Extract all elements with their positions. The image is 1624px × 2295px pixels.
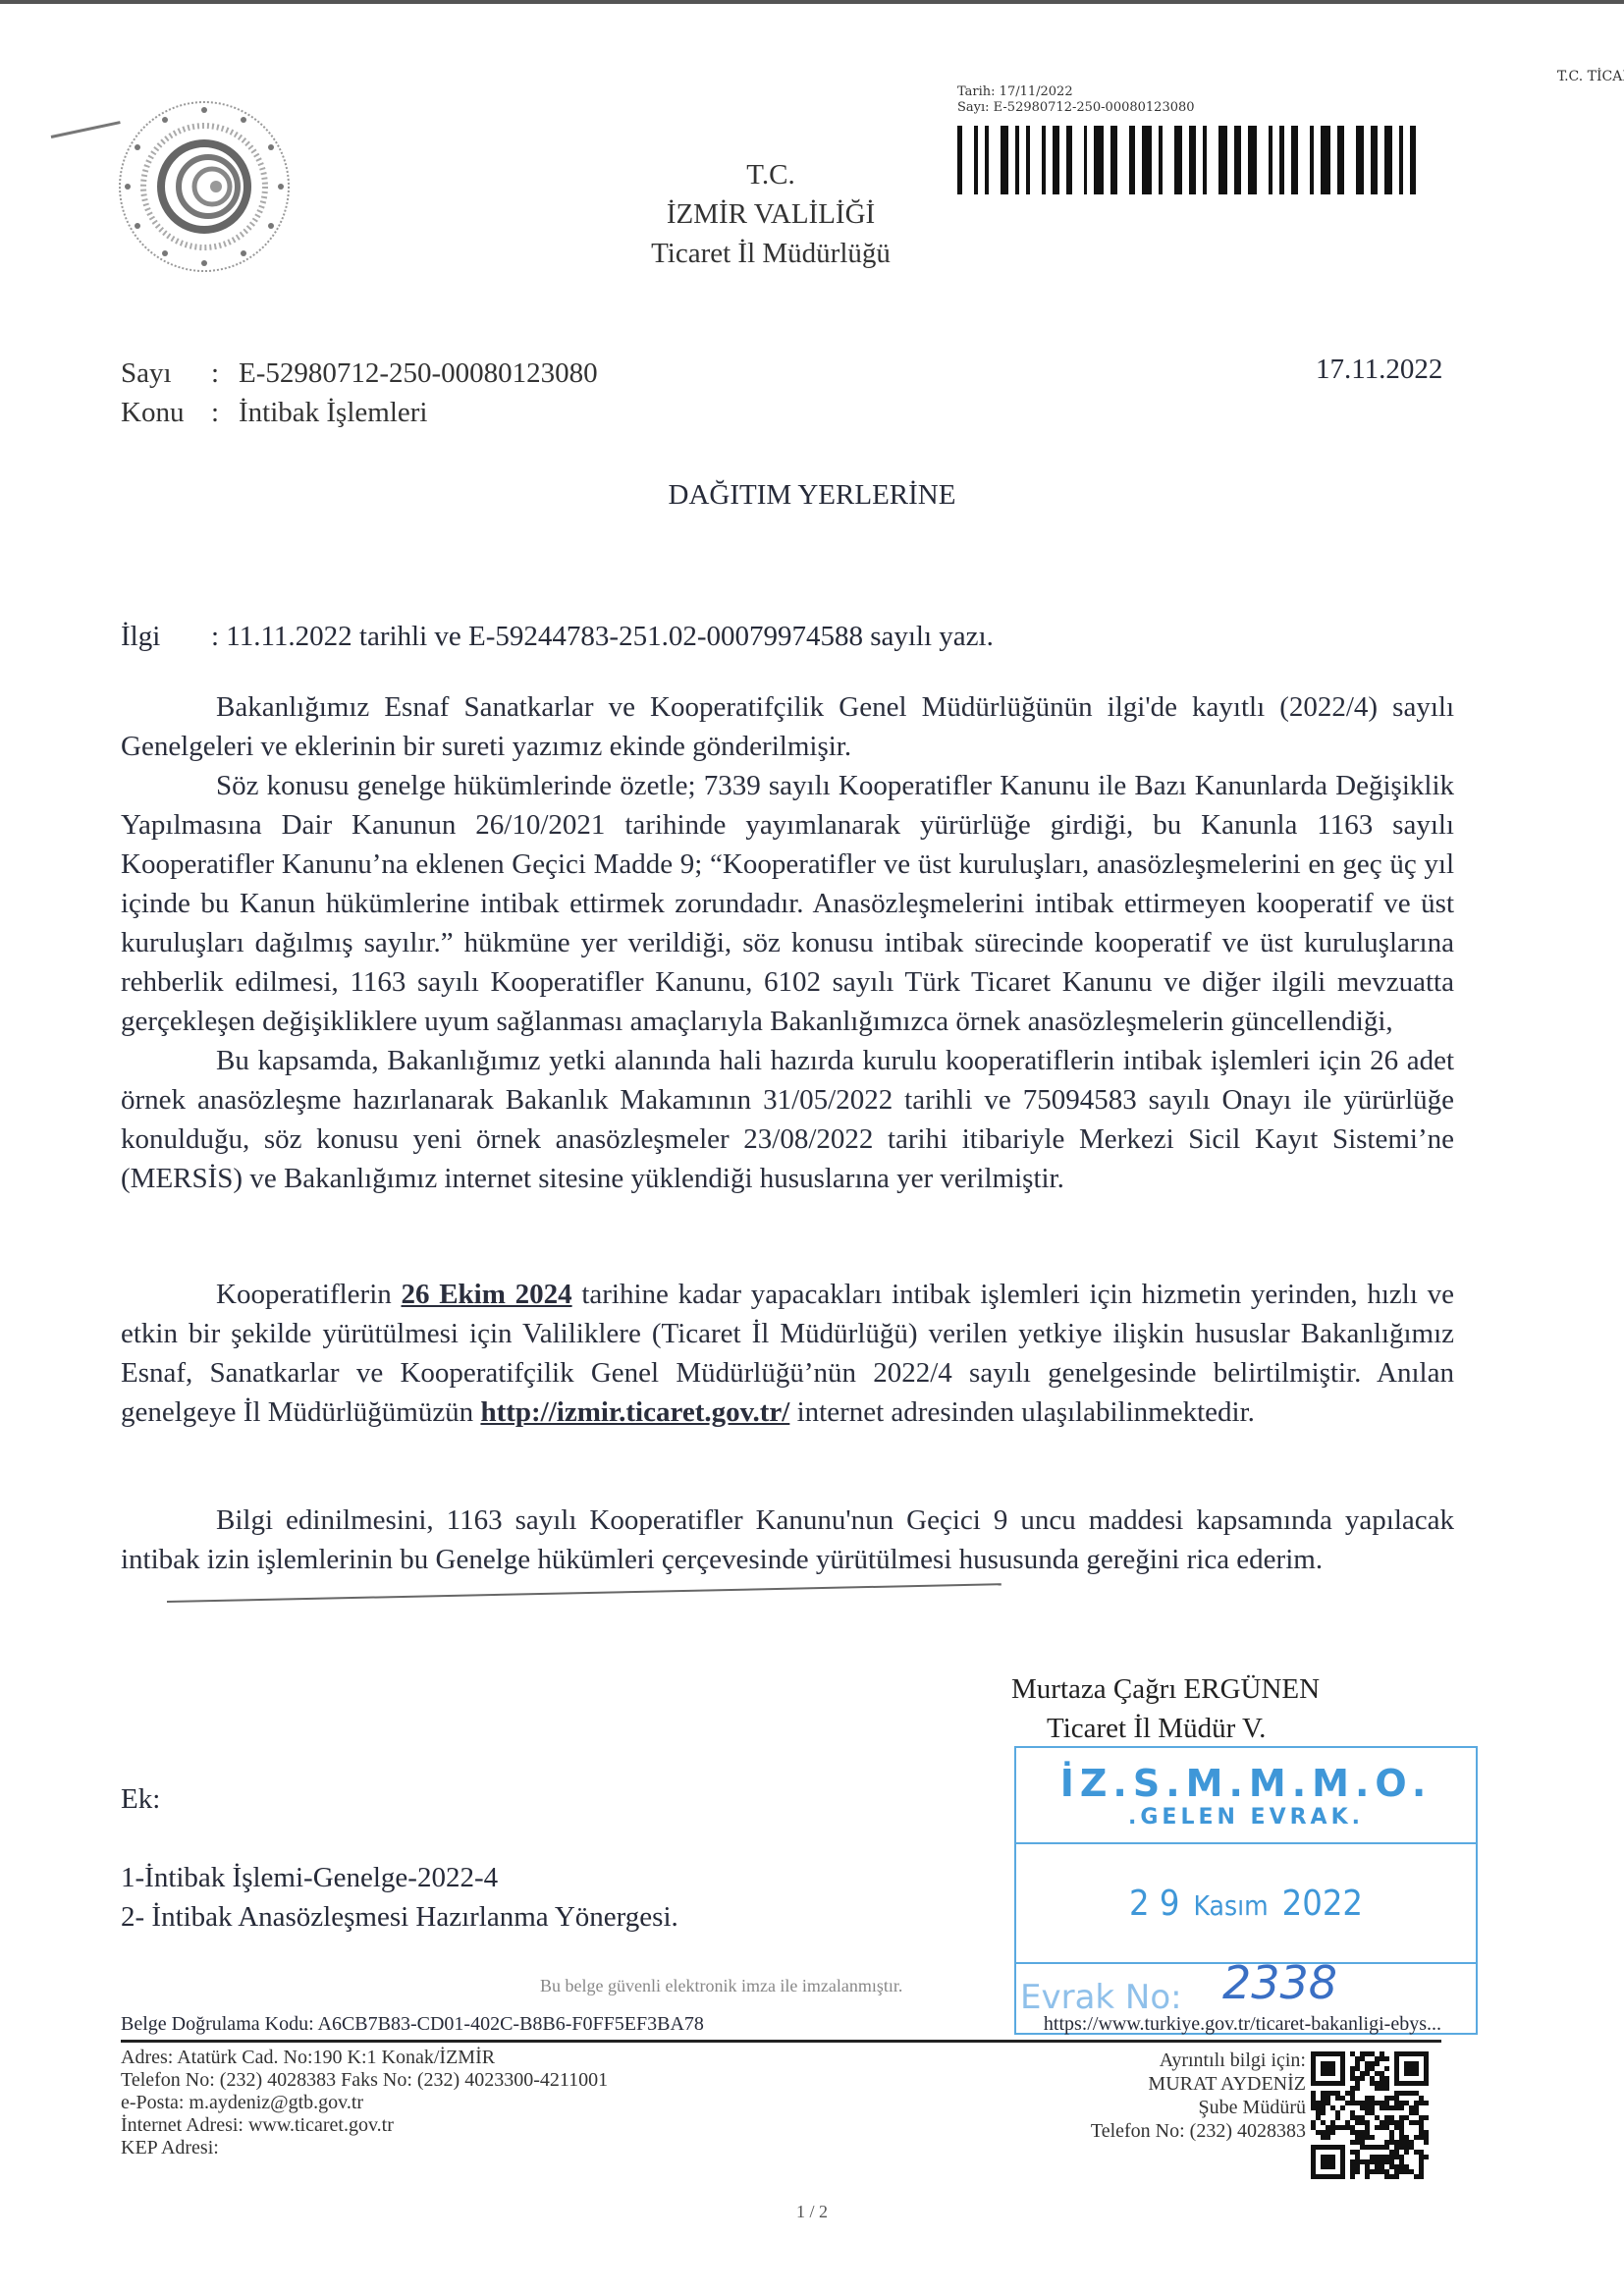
konu-row: Konu:İntibak İşlemleri bbox=[121, 393, 427, 432]
info-label: Ayrıntılı bilgi için: bbox=[1011, 2049, 1306, 2072]
page-number: 1 / 2 bbox=[0, 2202, 1624, 2222]
body-text: Bakanlığımız Esnaf Sanatkarlar ve Kooper… bbox=[121, 687, 1454, 1198]
verification-row: Belge Doğrulama Kodu: A6CB7B83-CD01-402C… bbox=[121, 2013, 1441, 2043]
website[interactable]: İnternet Adresi: www.ticaret.gov.tr bbox=[121, 2114, 608, 2137]
barcode-date: Tarih: 17/11/2022 bbox=[957, 84, 1556, 100]
pen-stroke bbox=[167, 1583, 1001, 1603]
scan-edge bbox=[0, 0, 1624, 4]
info-phone: Telefon No: (232) 4028383 bbox=[1011, 2119, 1306, 2143]
sayi-row: Sayı:E-52980712-250-00080123080 bbox=[121, 354, 598, 393]
info-role: Şube Müdürü bbox=[1011, 2096, 1306, 2119]
evrak-number: 2338 bbox=[1222, 1956, 1337, 2009]
signer-role: Ticaret İl Müdür V. bbox=[1011, 1709, 1320, 1748]
paragraph-5: Bilgi edinilmesini, 1163 sayılı Kooperat… bbox=[121, 1501, 1454, 1579]
contact-block: Adres: Atatürk Cad. No:190 K:1 Konak/İZM… bbox=[121, 2047, 608, 2159]
stamp-year: 2022 bbox=[1282, 1884, 1363, 1924]
p4-post: internet adresinden ulaşılabilinmektedir… bbox=[789, 1396, 1255, 1428]
paragraph-3: Bu kapsamda, Bakanlığımız yetki alanında… bbox=[121, 1041, 1454, 1198]
verification-code: Belge Doğrulama Kodu: A6CB7B83-CD01-402C… bbox=[121, 2013, 704, 2036]
colon: : bbox=[211, 354, 239, 393]
info-block: Ayrıntılı bilgi için: MURAT AYDENİZ Şube… bbox=[1011, 2049, 1306, 2143]
email[interactable]: e-Posta: m.aydeniz@gtb.gov.tr bbox=[121, 2092, 608, 2114]
deadline-date: 26 Ekim 2024 bbox=[401, 1279, 571, 1310]
recipient-title: DAĞITIM YERLERİNE bbox=[0, 479, 1624, 512]
attachment-item[interactable]: 1-İntibak İşlemi-Genelge-2022-4 bbox=[121, 1858, 678, 1897]
barcode-org: T.C. TİCARET BAKANLIĞI İZMİR TİCARET İL … bbox=[957, 69, 1624, 84]
colon: : bbox=[211, 393, 239, 432]
stamp-sub: .GELEN EVRAK. bbox=[1016, 1805, 1476, 1830]
ilgi-row: İlgi: 11.11.2022 tarihli ve E-59244783-2… bbox=[121, 621, 994, 653]
header-tc: T.C. bbox=[550, 157, 992, 192]
header-mudurluk: Ticaret İl Müdürlüğü bbox=[550, 236, 992, 271]
stamp-date: 2 9Kasım2022 bbox=[1129, 1884, 1363, 1924]
paragraph-4: Kooperatiflerin 26 Ekim 2024 tarihine ka… bbox=[121, 1275, 1454, 1432]
izmir-ticaret-link[interactable]: http://izmir.ticaret.gov.tr/ bbox=[480, 1396, 789, 1428]
ministry-emblem-icon bbox=[116, 98, 293, 275]
konu-value: İntibak İşlemleri bbox=[239, 397, 427, 428]
signer-name: Murtaza Çağrı ERGÜNEN bbox=[1011, 1669, 1320, 1709]
stamp-day: 2 9 bbox=[1129, 1884, 1180, 1924]
phone-fax: Telefon No: (232) 4028383 Faks No: (232)… bbox=[121, 2069, 608, 2092]
p4-pre: Kooperatiflerin bbox=[216, 1279, 401, 1310]
sayi-value: E-52980712-250-00080123080 bbox=[239, 357, 598, 389]
esignature-note: Bu belge güvenli elektronik imza ile imz… bbox=[540, 1976, 902, 1996]
attachments-label: Ek: bbox=[121, 1779, 678, 1819]
address: Adres: Atatürk Cad. No:190 K:1 Konak/İZM… bbox=[121, 2047, 608, 2069]
body-text-2: Kooperatiflerin 26 Ekim 2024 tarihine ka… bbox=[121, 1275, 1454, 1432]
evrak-label: Evrak No: bbox=[1020, 1978, 1182, 2017]
kep-address: KEP Adresi: bbox=[121, 2137, 608, 2159]
barcode-icon bbox=[957, 126, 1556, 194]
info-name: MURAT AYDENİZ bbox=[1011, 2072, 1306, 2096]
konu-label: Konu bbox=[121, 393, 211, 432]
signature-block: Murtaza Çağrı ERGÜNEN Ticaret İl Müdür V… bbox=[1011, 1669, 1320, 1748]
stamp-org: İZ.S.M.M.M.O. bbox=[1016, 1748, 1476, 1805]
barcode-block: T.C. TİCARET BAKANLIĞI İZMİR TİCARET İL … bbox=[957, 69, 1556, 194]
sayi-label: Sayı bbox=[121, 354, 211, 393]
barcode-number: Sayı: E-52980712-250-00080123080 bbox=[957, 100, 1556, 116]
body-text-3: Bilgi edinilmesini, 1163 sayılı Kooperat… bbox=[121, 1501, 1454, 1579]
document-date: 17.11.2022 bbox=[1316, 354, 1442, 386]
ilgi-label: İlgi bbox=[121, 621, 211, 653]
paragraph-1: Bakanlığımız Esnaf Sanatkarlar ve Kooper… bbox=[121, 687, 1454, 766]
attachments: Ek: 1-İntibak İşlemi-Genelge-2022-4 2- İ… bbox=[121, 1779, 678, 1937]
ilgi-value: : 11.11.2022 tarihli ve E-59244783-251.0… bbox=[211, 621, 994, 652]
qr-code-icon bbox=[1311, 2050, 1429, 2180]
verification-url[interactable]: https://www.turkiye.gov.tr/ticaret-bakan… bbox=[1044, 2013, 1441, 2036]
paragraph-2: Söz konusu genelge hükümlerinde özetle; … bbox=[121, 766, 1454, 1041]
header-valilik: İZMİR VALİLİĞİ bbox=[550, 196, 992, 232]
pen-mark bbox=[51, 121, 121, 138]
stamp-month: Kasım bbox=[1193, 1889, 1268, 1922]
attachment-item[interactable]: 2- İntibak Anasözleşmesi Hazırlanma Yöne… bbox=[121, 1897, 678, 1937]
received-stamp: İZ.S.M.M.M.O. .GELEN EVRAK. 2 9Kasım2022… bbox=[1014, 1746, 1478, 2035]
